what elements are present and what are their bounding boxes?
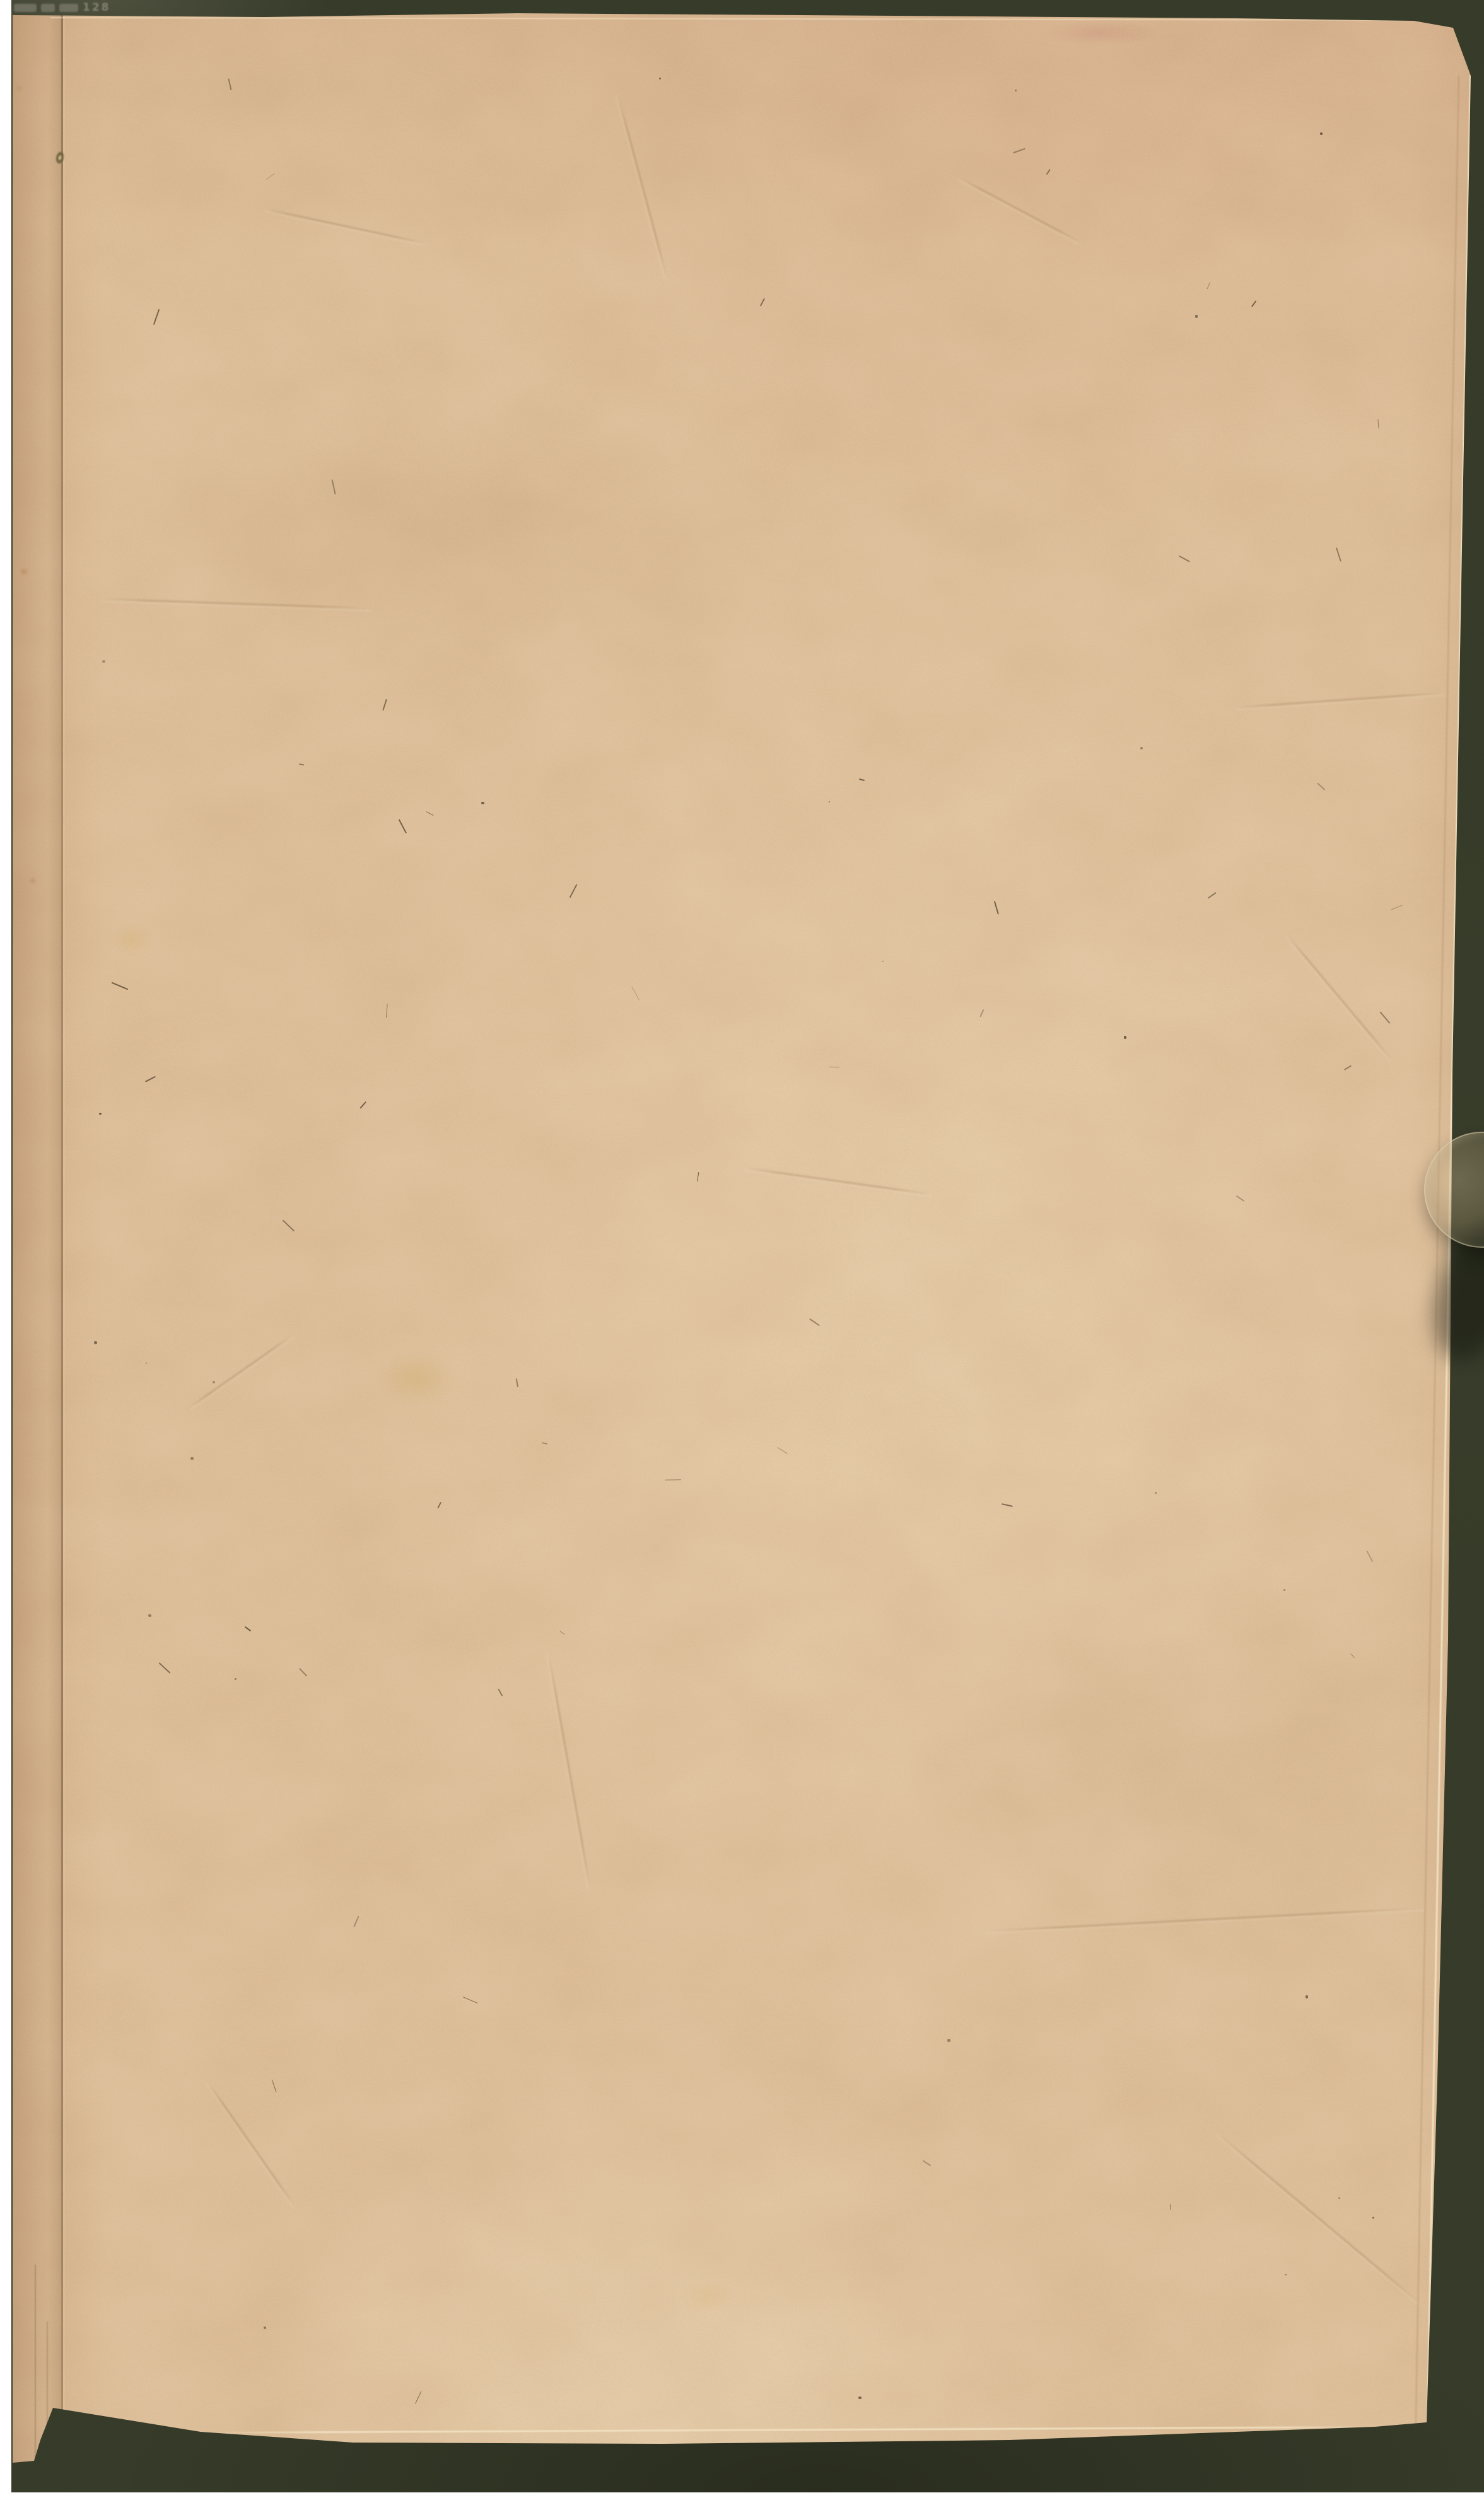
corner-mark-illegible-glyphs xyxy=(59,4,78,12)
scanner-margin-bottom xyxy=(0,2492,1484,2505)
paper-grain-texture xyxy=(0,0,1484,2505)
corner-mark-illegible-glyphs xyxy=(41,4,55,12)
digitization-corner-mark: 128 xyxy=(11,0,111,15)
book-page xyxy=(0,0,1484,2505)
corner-mark-illegible-glyphs xyxy=(14,4,37,12)
paper-grain-layer xyxy=(0,0,1484,2505)
corner-mark-number: 128 xyxy=(83,3,111,13)
scanner-margin-left xyxy=(0,0,11,2505)
book-scan: 128 xyxy=(0,0,1484,2505)
